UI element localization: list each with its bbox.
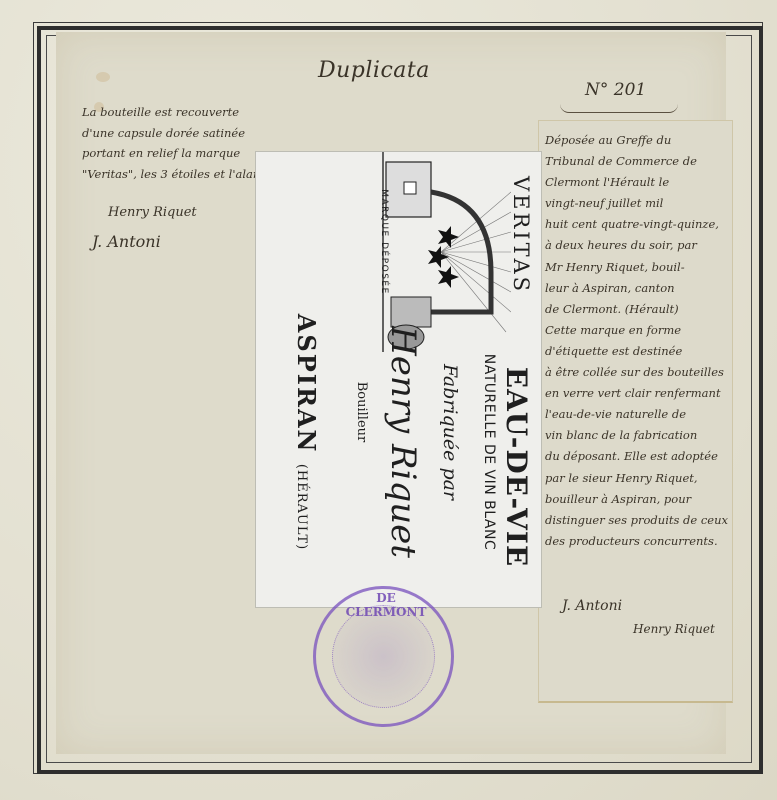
left-note: La bouteille est recouverte d'une capsul… [82, 102, 281, 184]
right-note-line: de Clermont. (Hérault) [545, 299, 728, 320]
product-label-content: VERITAS EAU-DE-VIE NATURELLE DE VIN BLAN… [256, 152, 541, 607]
right-note-line: vingt-neuf juillet mil [545, 193, 728, 214]
label-town-name: ASPIRAN [292, 314, 321, 454]
right-note-line: bouilleur à Aspiran, pour [545, 489, 728, 510]
right-note-line: l'eau-de-vie naturelle de [545, 404, 728, 425]
product-label: VERITAS EAU-DE-VIE NATURELLE DE VIN BLAN… [256, 152, 541, 607]
right-note-line: des producteurs concurrents. [545, 531, 728, 552]
right-note-line: Cette marque en forme [545, 320, 728, 341]
right-note-line: par le sieur Henry Riquet, [545, 468, 728, 489]
official-stamp: DE CLERMONT [313, 586, 454, 727]
label-region: (HÉRAULT) [294, 464, 309, 550]
left-note-line: d'une capsule dorée satinée [82, 123, 281, 144]
right-note-line: à être collée sur des bouteilles [545, 362, 728, 383]
right-note-line: du déposant. Elle est adoptée [545, 446, 728, 467]
label-subtitle: NATURELLE DE VIN BLANC [481, 312, 497, 592]
right-note-line: Mr Henry Riquet, bouil- [545, 257, 728, 278]
label-made-by: Fabriquée par [439, 302, 461, 562]
left-signature-riquet: Henry Riquet [108, 205, 197, 220]
right-note-line: Clermont l'Hérault le [545, 172, 728, 193]
left-note-line: portant en relief la marque [82, 143, 281, 164]
right-note-line: à deux heures du soir, par [545, 235, 728, 256]
number-underline [560, 104, 678, 113]
label-town: ASPIRAN (HÉRAULT) [292, 272, 321, 592]
label-maker: Henry Riquet [383, 282, 423, 602]
right-note-line: leur à Aspiran, canton [545, 278, 728, 299]
left-note-line: La bouteille est recouverte [82, 102, 281, 123]
label-registered: MARQUE DÉPOSÉE [379, 172, 389, 312]
label-brand: VERITAS [509, 160, 533, 310]
right-note-line: d'étiquette est destinée [545, 341, 728, 362]
right-note-line: Tribunal de Commerce de [545, 151, 728, 172]
right-note-line: vin blanc de la fabrication [545, 425, 728, 446]
right-note-line: en verre vert clair renfermant [545, 383, 728, 404]
right-note: Déposée au Greffe du Tribunal de Commerc… [545, 130, 728, 552]
document-heading: Duplicata [318, 58, 430, 83]
left-note-line: "Veritas", les 3 étoiles et l'alambic [82, 164, 281, 185]
stamp-emblem-icon [332, 605, 435, 708]
right-note-line: distinguer ses produits de ceux [545, 510, 728, 531]
right-signature-antoni: J. Antoni [562, 598, 622, 614]
label-product: EAU-DE-VIE [500, 342, 533, 592]
right-signature-riquet: Henry Riquet [633, 622, 715, 636]
left-signature-antoni: J. Antoni [92, 232, 161, 251]
document-number: N° 201 [585, 80, 646, 100]
label-trade: Bouilleur [354, 352, 369, 472]
right-note-line: huit cent quatre-vingt-quinze, [545, 214, 728, 235]
stamp-text: DE CLERMONT [336, 591, 436, 619]
stain [96, 72, 110, 82]
right-note-line: Déposée au Greffe du [545, 130, 728, 151]
